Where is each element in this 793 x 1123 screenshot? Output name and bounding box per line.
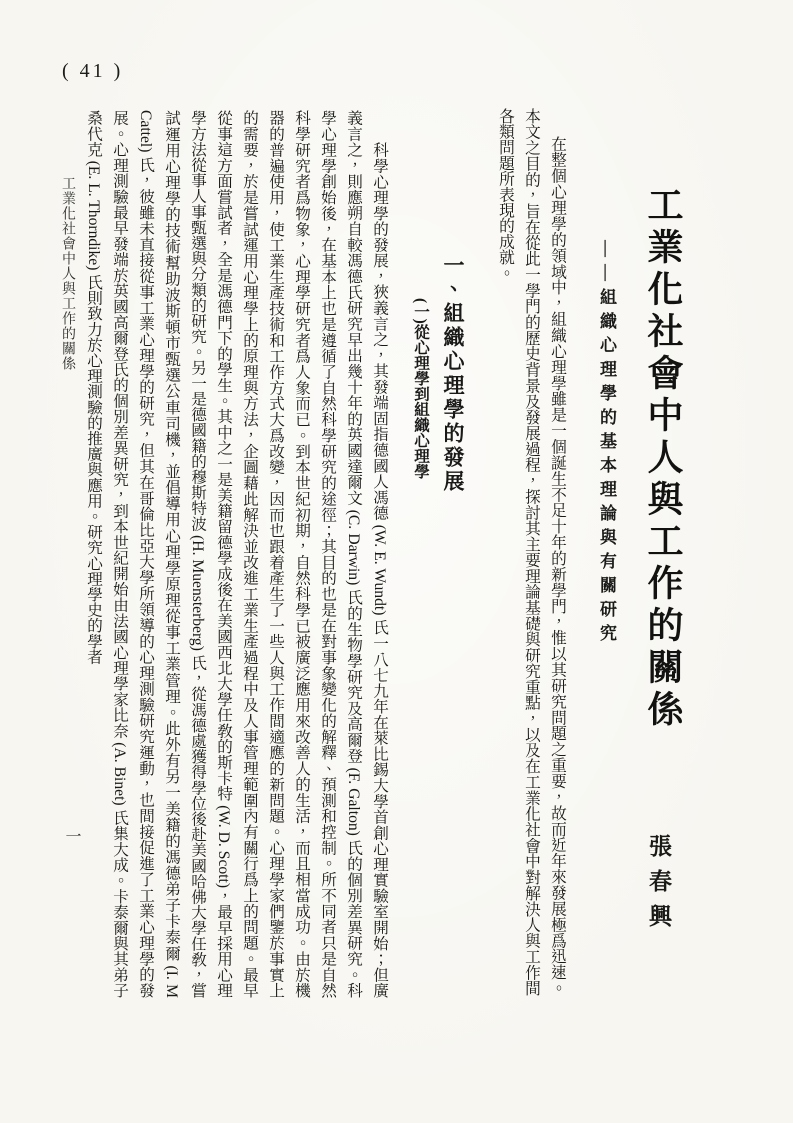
subsection-heading: (一)從心理學到組織心理學 bbox=[409, 298, 431, 558]
article-subtitle: ——組織心理學的基本理論與有關研究 bbox=[594, 240, 619, 700]
author-name: 張春興 bbox=[642, 834, 675, 974]
abstract-text: 在整個心理學的領域中，組織心理學雖是一個誕生不足十年的新學門，惟以其研究問題之重… bbox=[492, 108, 570, 996]
scanned-document-page: ( 41 ) 工業化社會中人與工作的關係 ——組織心理學的基本理論與有關研究 張… bbox=[0, 0, 793, 1123]
running-title: 工業化社會中人與工作的關係 bbox=[57, 176, 77, 406]
body-text: 科學心理學的發展，狹義言之，其發端固指德國人馮德 (W. E. Wundt) 氏… bbox=[80, 110, 392, 998]
page-number-top: ( 41 ) bbox=[62, 60, 123, 83]
article-title: 工業化社會中人與工作的關係 bbox=[638, 186, 689, 766]
page-number-bottom: 一 bbox=[60, 828, 83, 858]
section-heading: 一、組織心理學的發展 bbox=[438, 254, 468, 554]
